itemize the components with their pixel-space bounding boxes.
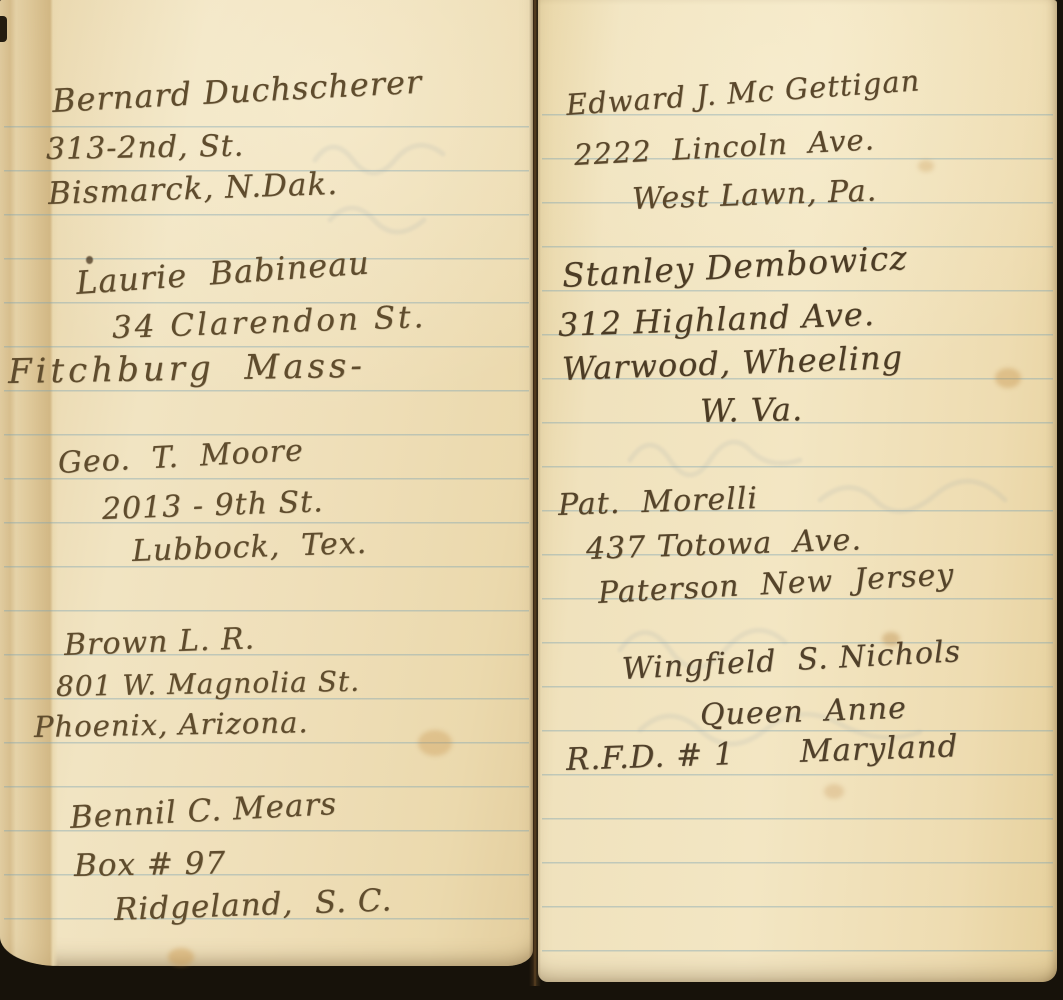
entry-name: Pat. Morelli: [557, 481, 758, 523]
binding-gutter: [529, 0, 541, 986]
entry-street: 313-2nd, St.: [46, 129, 245, 167]
entry-city: Queen Anne: [699, 691, 907, 733]
entry-city: Phoenix, Arizona.: [34, 705, 309, 744]
entry-city: Fitchburg Mass-: [8, 346, 366, 392]
entry-street: Box # 97: [74, 845, 227, 884]
notebook-scan: Bernard Duchscherer 313-2nd, St. Bismarc…: [0, 0, 1063, 1000]
entry-street: 801 W. Magnolia St.: [56, 665, 361, 703]
page-edge-notch: [0, 16, 7, 42]
entry-name: Brown L. R.: [63, 621, 255, 663]
entry-state: W. Va.: [700, 390, 804, 430]
